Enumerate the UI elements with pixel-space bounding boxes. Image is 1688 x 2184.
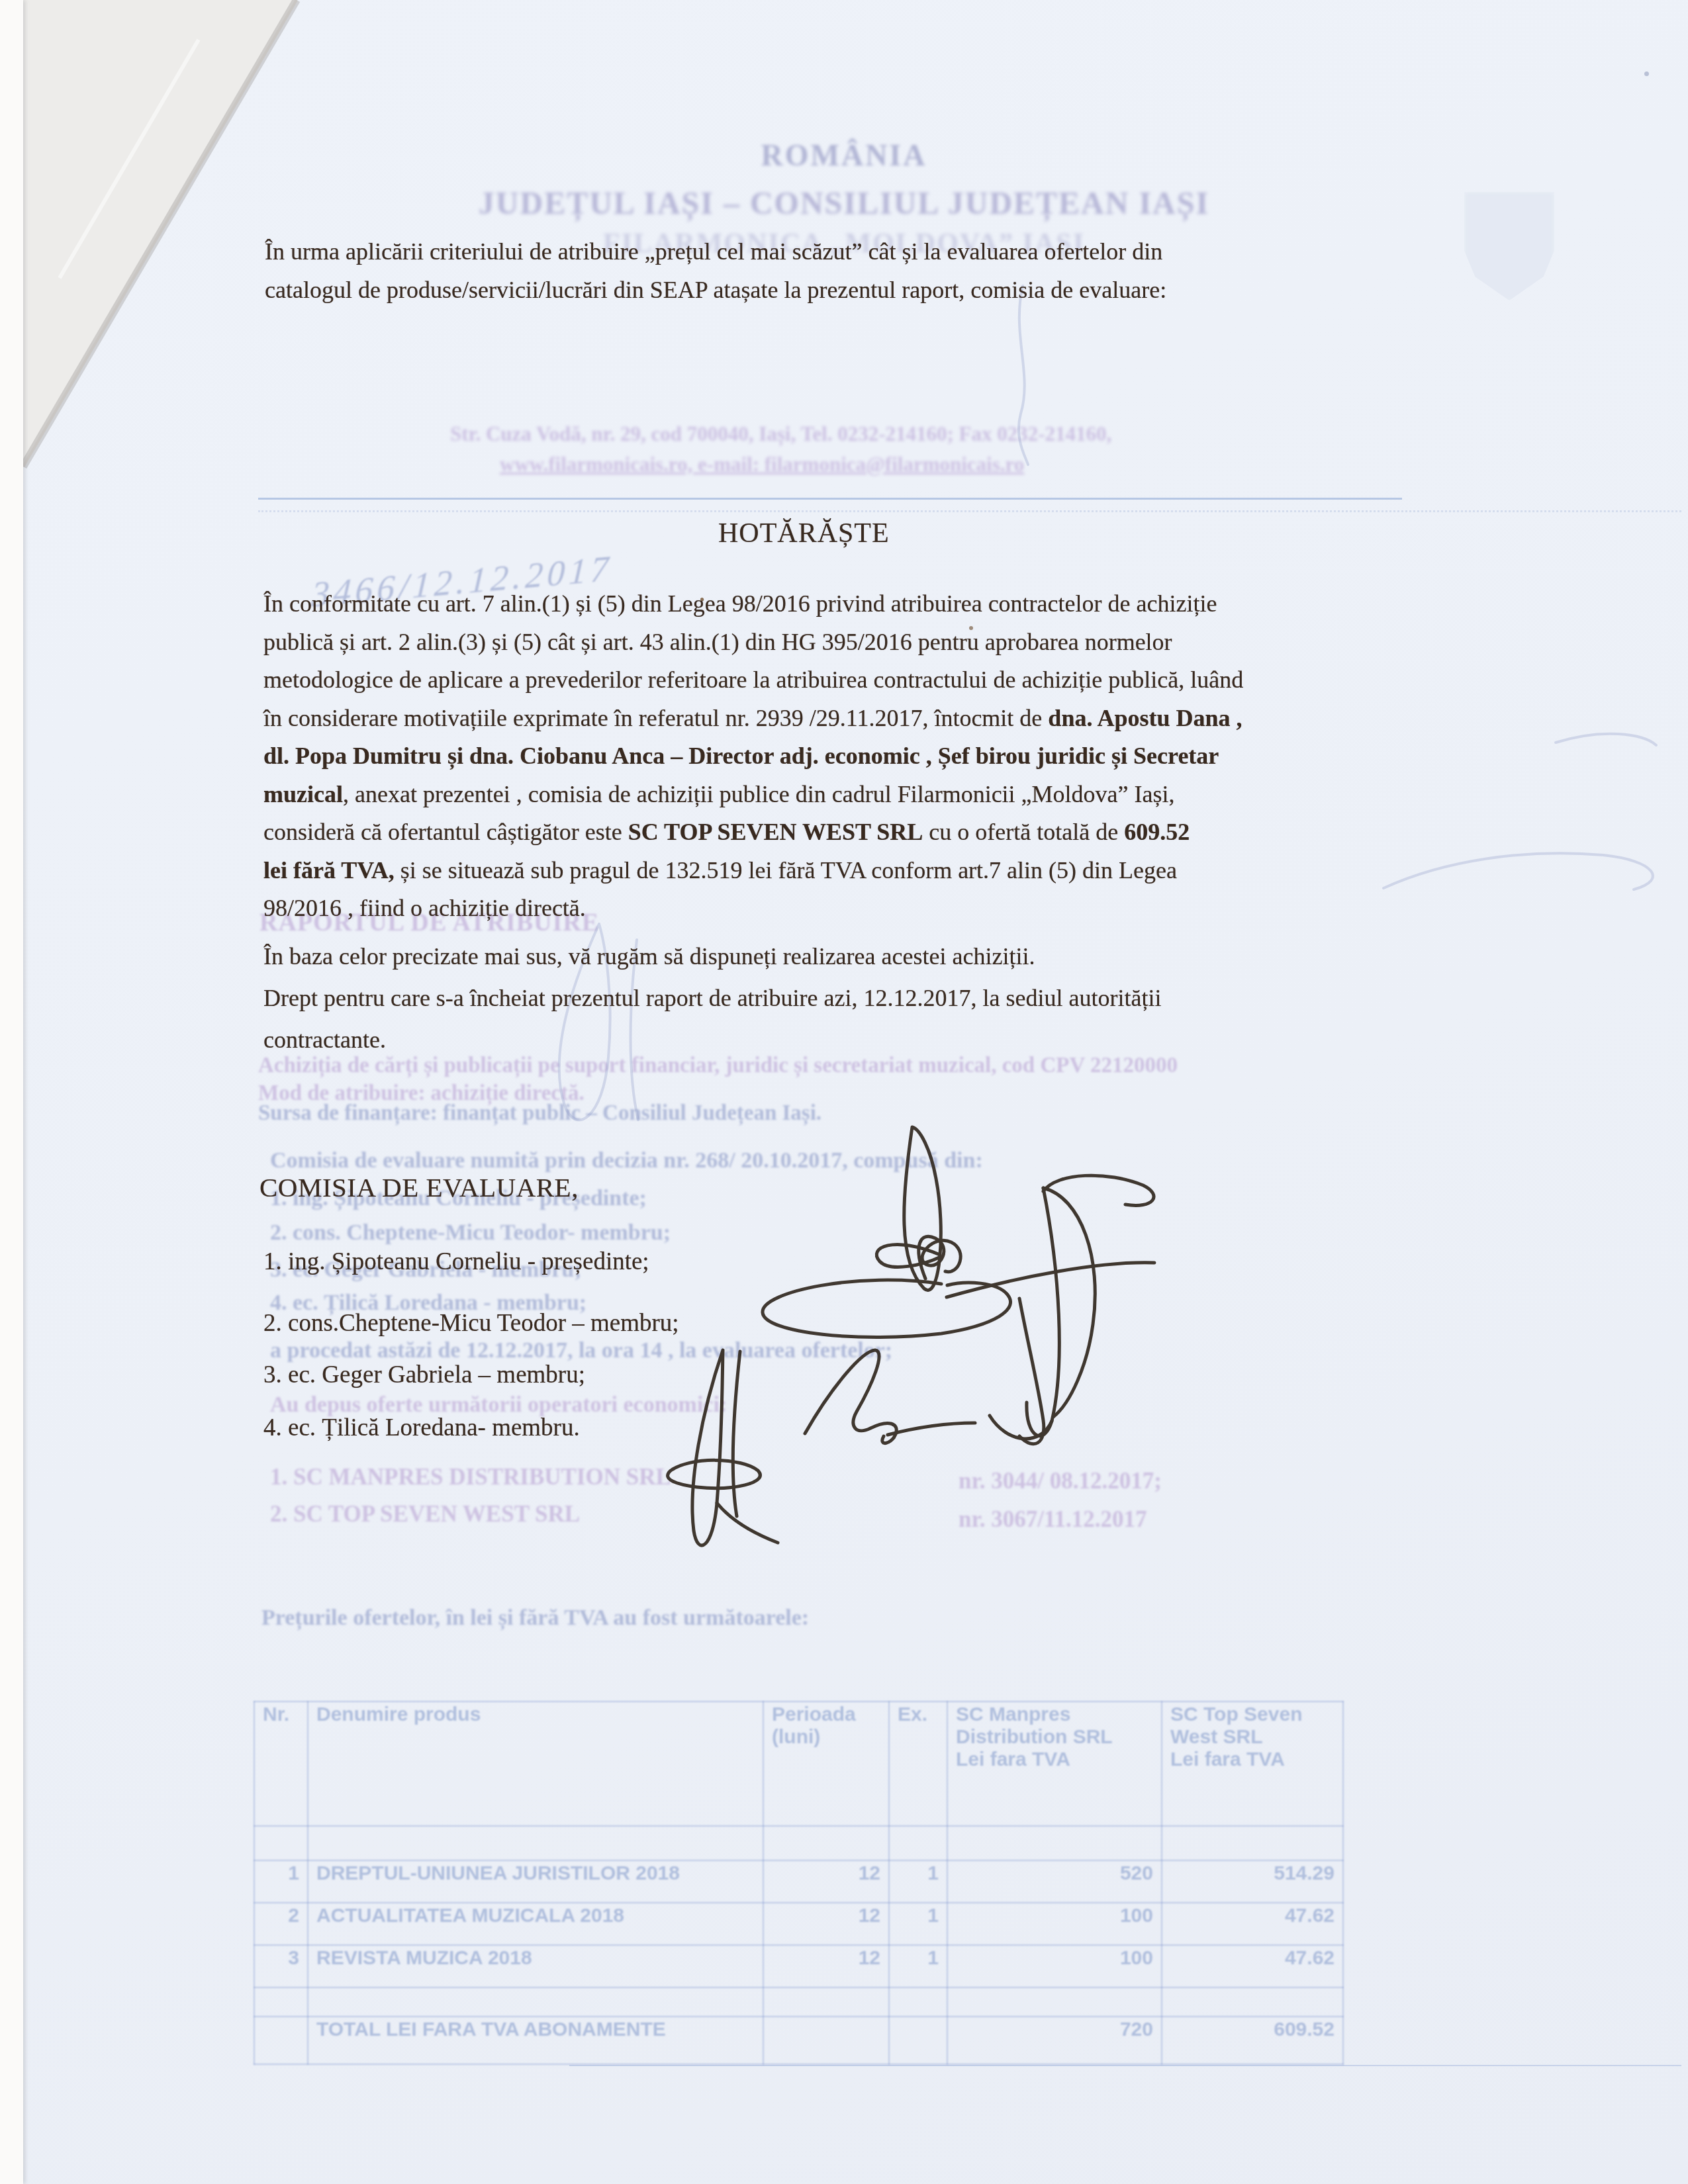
signature-lower-left-tail — [717, 1503, 778, 1543]
signature-lower-left-stem — [733, 1351, 740, 1516]
signature-right-curl — [1043, 1175, 1154, 1205]
scanner-edge-strip — [0, 0, 23, 2184]
scan-speck — [969, 626, 973, 630]
signature-lower-left-oval — [668, 1460, 761, 1488]
signature-right-stem — [1027, 1188, 1059, 1436]
signature-he-tail — [888, 1423, 975, 1435]
scanned-document-page: ROMÂNIA JUDEȚUL IAȘI – CONSILIUL JUDEȚEA… — [0, 0, 1688, 2184]
scan-speck — [700, 598, 704, 601]
signatures-ink — [0, 0, 1688, 2184]
signature-lower-left-loop — [692, 1350, 723, 1545]
scan-speck — [1644, 71, 1649, 76]
signature-stroke-right — [947, 1263, 1154, 1297]
signature-j-stroke — [1019, 1298, 1044, 1444]
signature-he-stroke — [805, 1350, 896, 1443]
